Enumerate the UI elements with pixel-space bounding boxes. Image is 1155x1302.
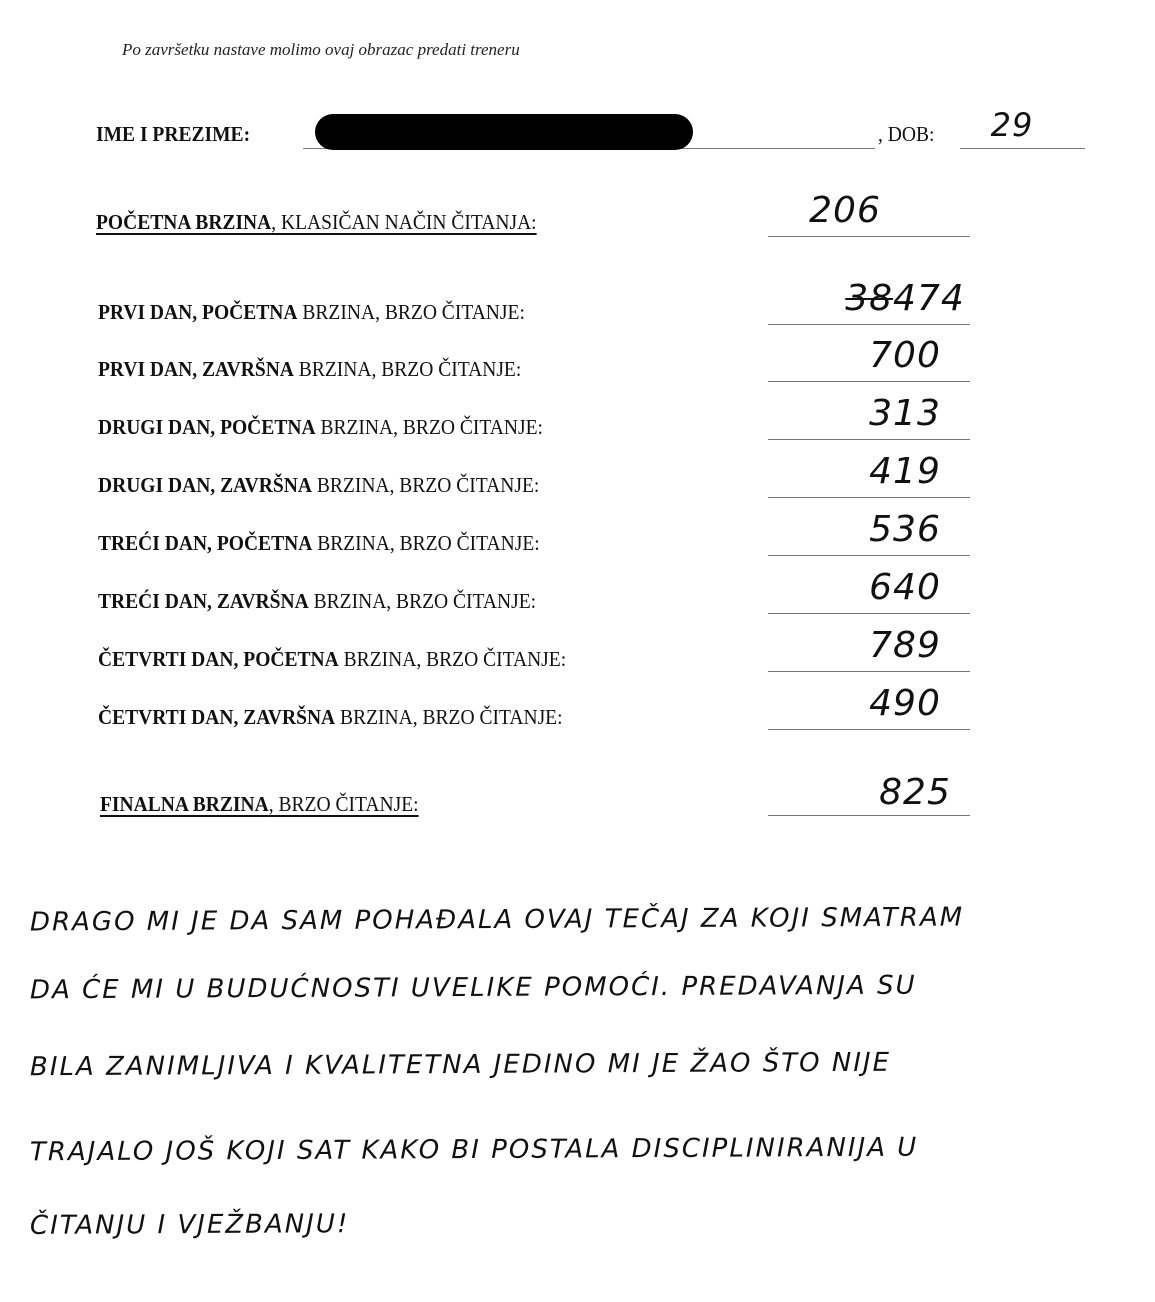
speed-row-value: 38474: [805, 278, 1005, 319]
speed-row-value: 536: [805, 509, 1005, 550]
speed-row-value: 490: [805, 683, 1005, 724]
name-label: IME I PREZIME:: [96, 122, 250, 147]
speed-row-line: [768, 613, 970, 614]
speed-row-label: DRUGI DAN, POČETNA BRZINA, BRZO ČITANJE:: [98, 415, 543, 440]
final-speed-label: FINALNA BRZINA, BRZO ČITANJE:: [100, 792, 419, 817]
speed-row-value: 640: [805, 567, 1005, 608]
speed-row-value: 700: [805, 335, 1005, 376]
initial-speed-label: POČETNA BRZINA, KLASIČAN NAČIN ČITANJA:: [96, 210, 537, 235]
speed-row-line: [768, 324, 970, 325]
age-underline: [960, 148, 1085, 149]
comment-line: TRAJALO JOŠ KOJI SAT KAKO BI POSTALA DIS…: [30, 1133, 918, 1168]
age-value: 29: [912, 106, 1112, 144]
comment-line: BILA ZANIMLJIVA I KVALITETNA JEDINO MI J…: [30, 1048, 891, 1083]
speed-row-line: [768, 497, 970, 498]
comment-line: DRAGO MI JE DA SAM POHAĐALA OVAJ TEČAJ Z…: [30, 903, 964, 938]
speed-row-label: ČETVRTI DAN, POČETNA BRZINA, BRZO ČITANJ…: [98, 647, 566, 672]
speed-row-value: 419: [805, 451, 1005, 492]
speed-row-line: [768, 555, 970, 556]
speed-row-label: TREĆI DAN, POČETNA BRZINA, BRZO ČITANJE:: [98, 531, 540, 556]
speed-row-label: PRVI DAN, ZAVRŠNA BRZINA, BRZO ČITANJE:: [98, 357, 521, 382]
final-speed-line: [768, 815, 970, 816]
speed-row-line: [768, 381, 970, 382]
final-speed-value: 825: [815, 772, 1015, 813]
comment-line: DA ĆE MI U BUDUĆNOSTI UVELIKE POMOĆI. PR…: [30, 971, 917, 1006]
initial-speed-value: 206: [745, 190, 945, 231]
comment-line: ČITANJU I VJEŽBANJU!: [30, 1209, 349, 1241]
initial-speed-line: [768, 236, 970, 237]
speed-row-value: 313: [805, 393, 1005, 434]
speed-row-label: TREĆI DAN, ZAVRŠNA BRZINA, BRZO ČITANJE:: [98, 589, 536, 614]
name-redaction: [315, 114, 693, 150]
speed-row-label: DRUGI DAN, ZAVRŠNA BRZINA, BRZO ČITANJE:: [98, 473, 539, 498]
form-instruction: Po završetku nastave molimo ovaj obrazac…: [122, 40, 520, 60]
speed-row-label: PRVI DAN, POČETNA BRZINA, BRZO ČITANJE:: [98, 300, 525, 325]
struck-value: 38: [845, 278, 893, 319]
speed-row-line: [768, 439, 970, 440]
speed-row-label: ČETVRTI DAN, ZAVRŠNA BRZINA, BRZO ČITANJ…: [98, 705, 563, 730]
speed-row-line: [768, 671, 970, 672]
speed-row-value: 789: [805, 625, 1005, 666]
speed-row-line: [768, 729, 970, 730]
